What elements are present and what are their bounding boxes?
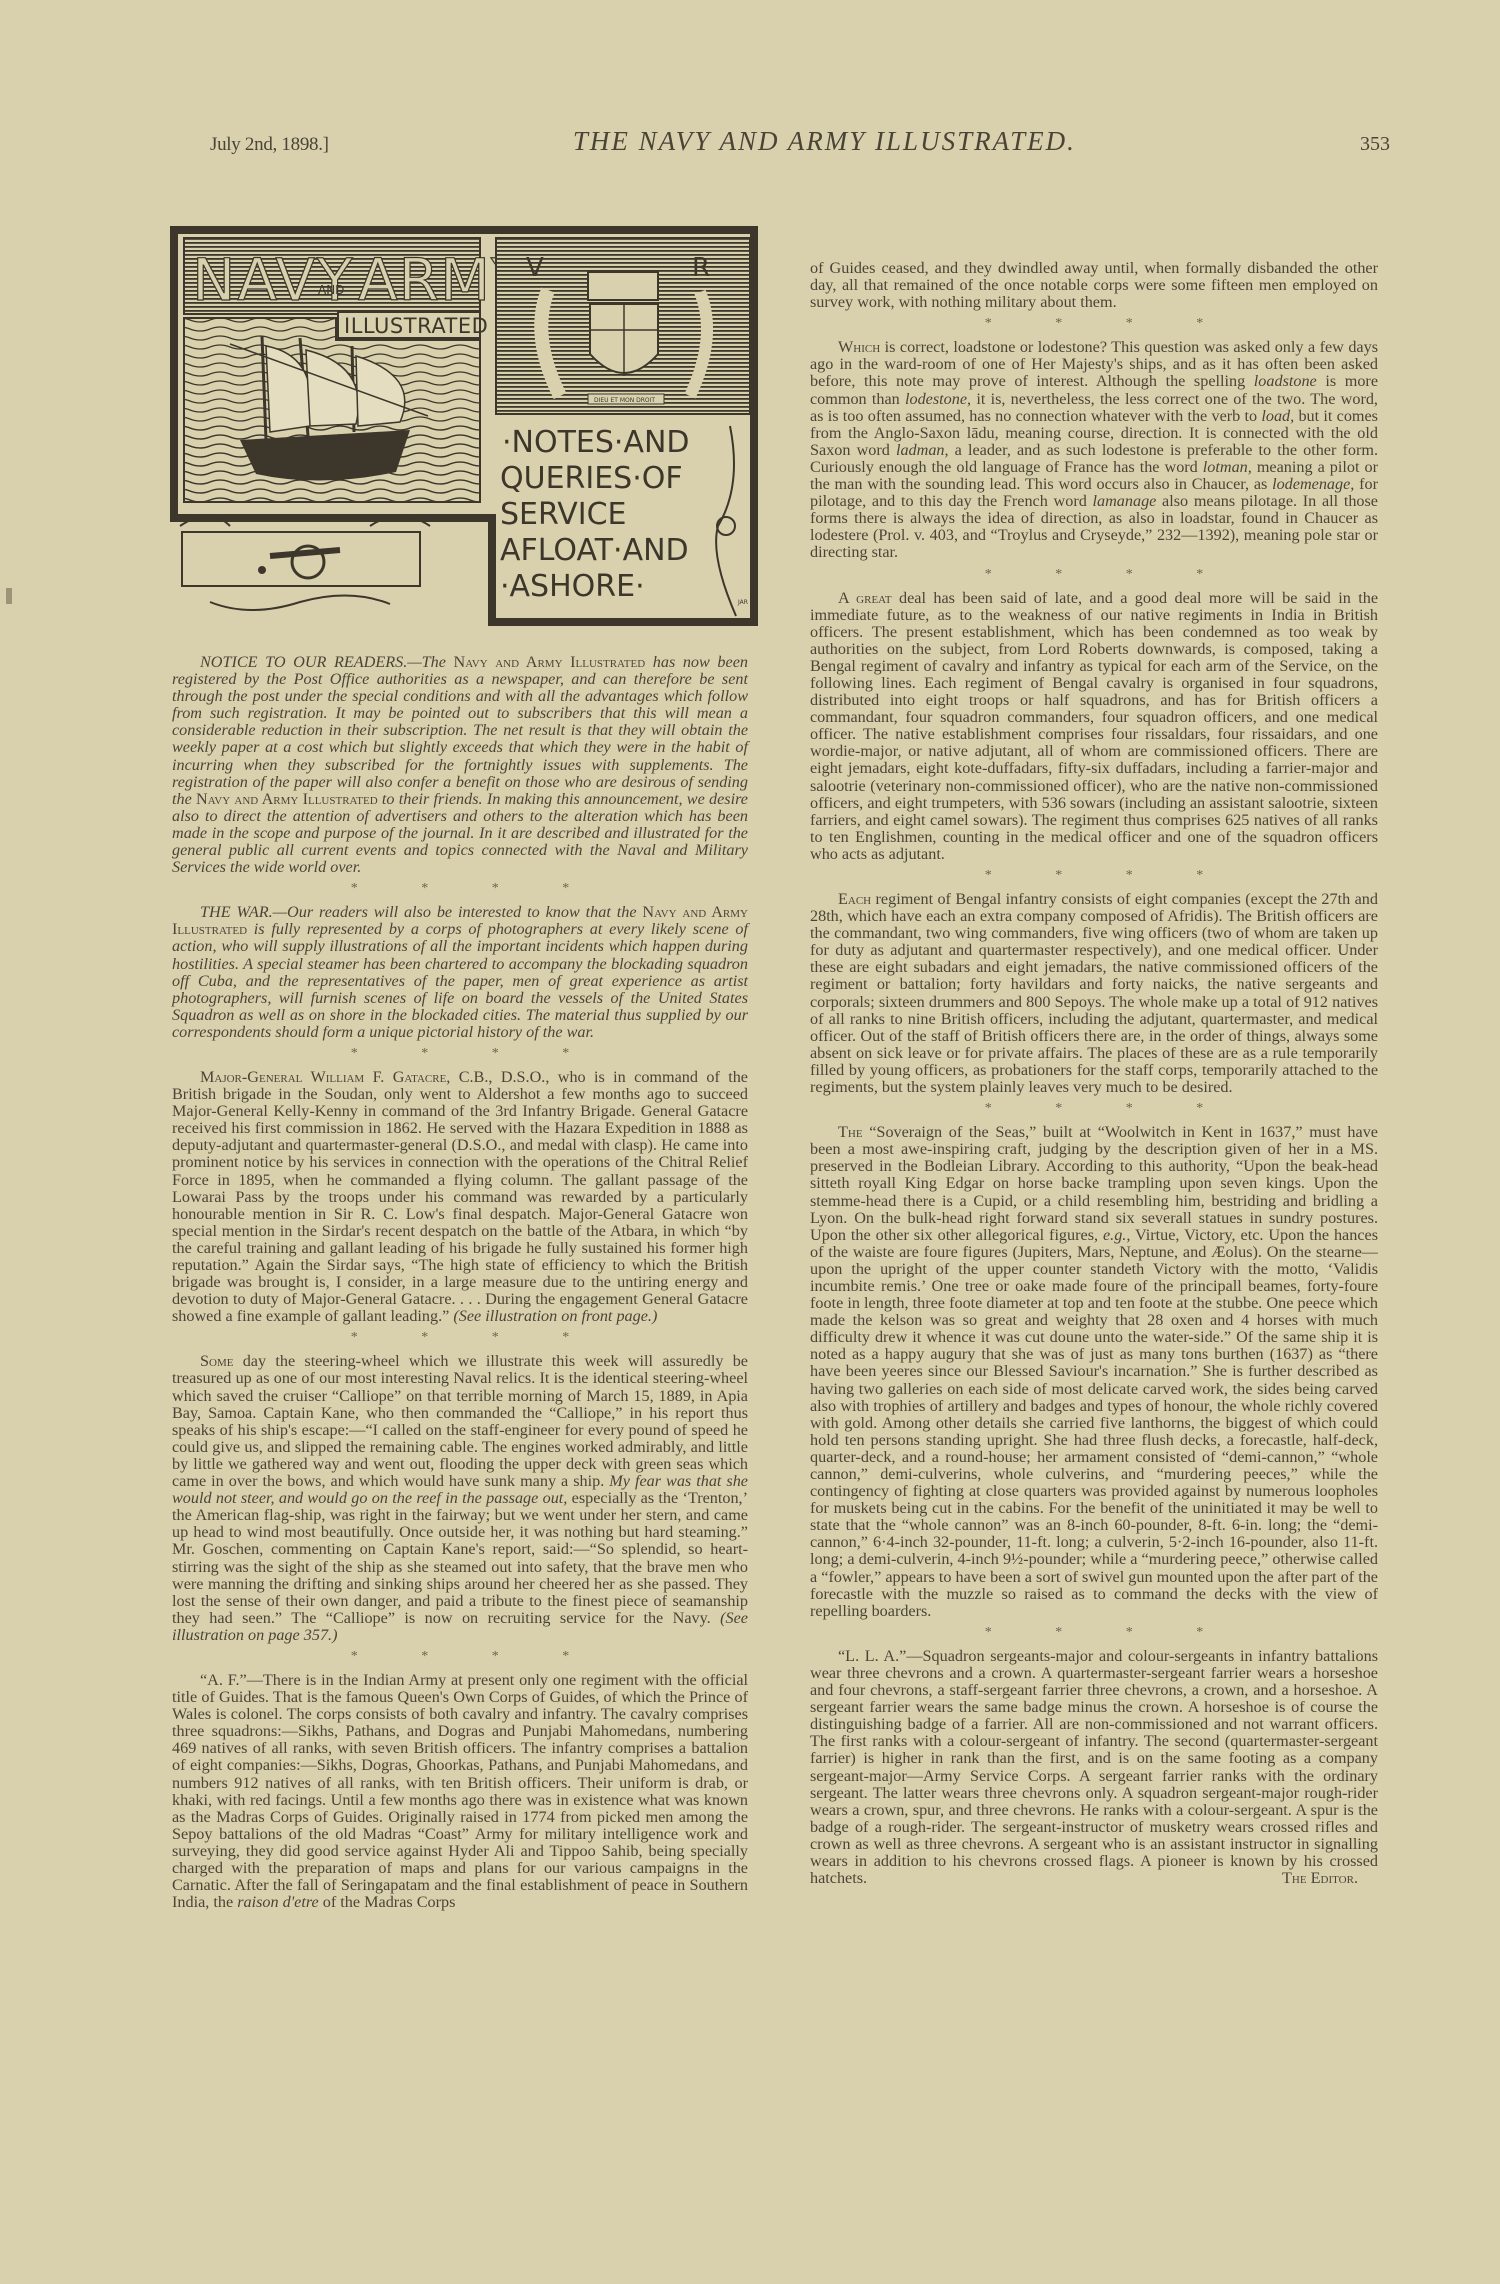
article-bengal-infantry: Each regiment of Bengal infantry consist… (810, 891, 1378, 1096)
svg-text:JAR: JAR (737, 599, 748, 606)
svg-text:AND: AND (318, 283, 344, 297)
article-heading: THE WAR. (200, 903, 273, 921)
article-heading: NOTICE TO OUR READERS. (200, 653, 407, 671)
page-margin-mark (6, 588, 12, 604)
article-guides: “A. F.”—There is in the Indian Army at p… (172, 1672, 748, 1911)
article-badges: “L. L. A.”—Squadron sergeants-major and … (810, 1648, 1378, 1887)
svg-text:·NOTES·AND: ·NOTES·AND (502, 425, 690, 460)
section-separator: * * * * (172, 1327, 748, 1349)
illustration-reference: (See illustration on front page.) (453, 1307, 657, 1325)
publication-title: THE NAVY AND ARMY ILLUSTRATED. (573, 126, 1076, 157)
article-gatacre: Major-General William F. Gatacre, C.B., … (172, 1069, 748, 1325)
svg-text:AFLOAT·AND: AFLOAT·AND (500, 533, 689, 568)
article-soveraign-of-the-seas: The “Soveraign of the Seas,” built at “W… (810, 1124, 1378, 1620)
svg-text:ILLUSTRATED: ILLUSTRATED (344, 314, 488, 338)
article-calliope: Some day the steering-wheel which we ill… (172, 1353, 748, 1644)
svg-text:QUERIES·OF: QUERIES·OF (500, 461, 683, 496)
section-separator: * * * * (810, 313, 1378, 335)
royal-coat-of-arms: V R DIEU ET MON DROIT (496, 238, 750, 414)
section-separator: * * * * (810, 564, 1378, 586)
masthead-illustration: NAVY AND ARMY ILLUSTRATED (170, 226, 758, 628)
section-separator: * * * * (810, 1098, 1378, 1120)
left-column: NOTICE TO OUR READERS.—The Navy and Army… (172, 654, 748, 1911)
svg-text:·ASHORE·: ·ASHORE· (500, 569, 645, 604)
article-lodestone: Which is correct, loadstone or lodestone… (810, 339, 1378, 561)
article-guides-continued: of Guides ceased, and they dwindled away… (810, 260, 1378, 311)
page-number: 353 (1360, 133, 1390, 156)
section-separator: * * * * (172, 878, 748, 900)
article-war: THE WAR.—Our readers will also be intere… (172, 904, 748, 1041)
right-column: of Guides ceased, and they dwindled away… (810, 260, 1378, 1887)
article-native-officers: A great deal has been said of late, and … (810, 590, 1378, 864)
issue-date: July 2nd, 1898.] (210, 134, 329, 156)
section-separator: * * * * (810, 1622, 1378, 1644)
section-separator: * * * * (172, 1043, 748, 1065)
running-head: July 2nd, 1898.] THE NAVY AND ARMY ILLUS… (210, 126, 1390, 160)
article-notice: NOTICE TO OUR READERS.—The Navy and Army… (172, 654, 748, 876)
svg-text:DIEU ET MON DROIT: DIEU ET MON DROIT (594, 397, 655, 404)
svg-text:R: R (692, 253, 710, 283)
masthead-title-band: NAVY AND ARMY (184, 238, 527, 314)
sailing-ship-illustration (184, 318, 480, 502)
section-separator: * * * * (172, 1646, 748, 1668)
svg-text:V: V (526, 253, 544, 283)
svg-text:SERVICE: SERVICE (500, 497, 626, 532)
section-separator: * * * * (810, 865, 1378, 887)
editor-signature: The Editor. (810, 1870, 1378, 1887)
svg-text:NAVY: NAVY (192, 246, 354, 314)
